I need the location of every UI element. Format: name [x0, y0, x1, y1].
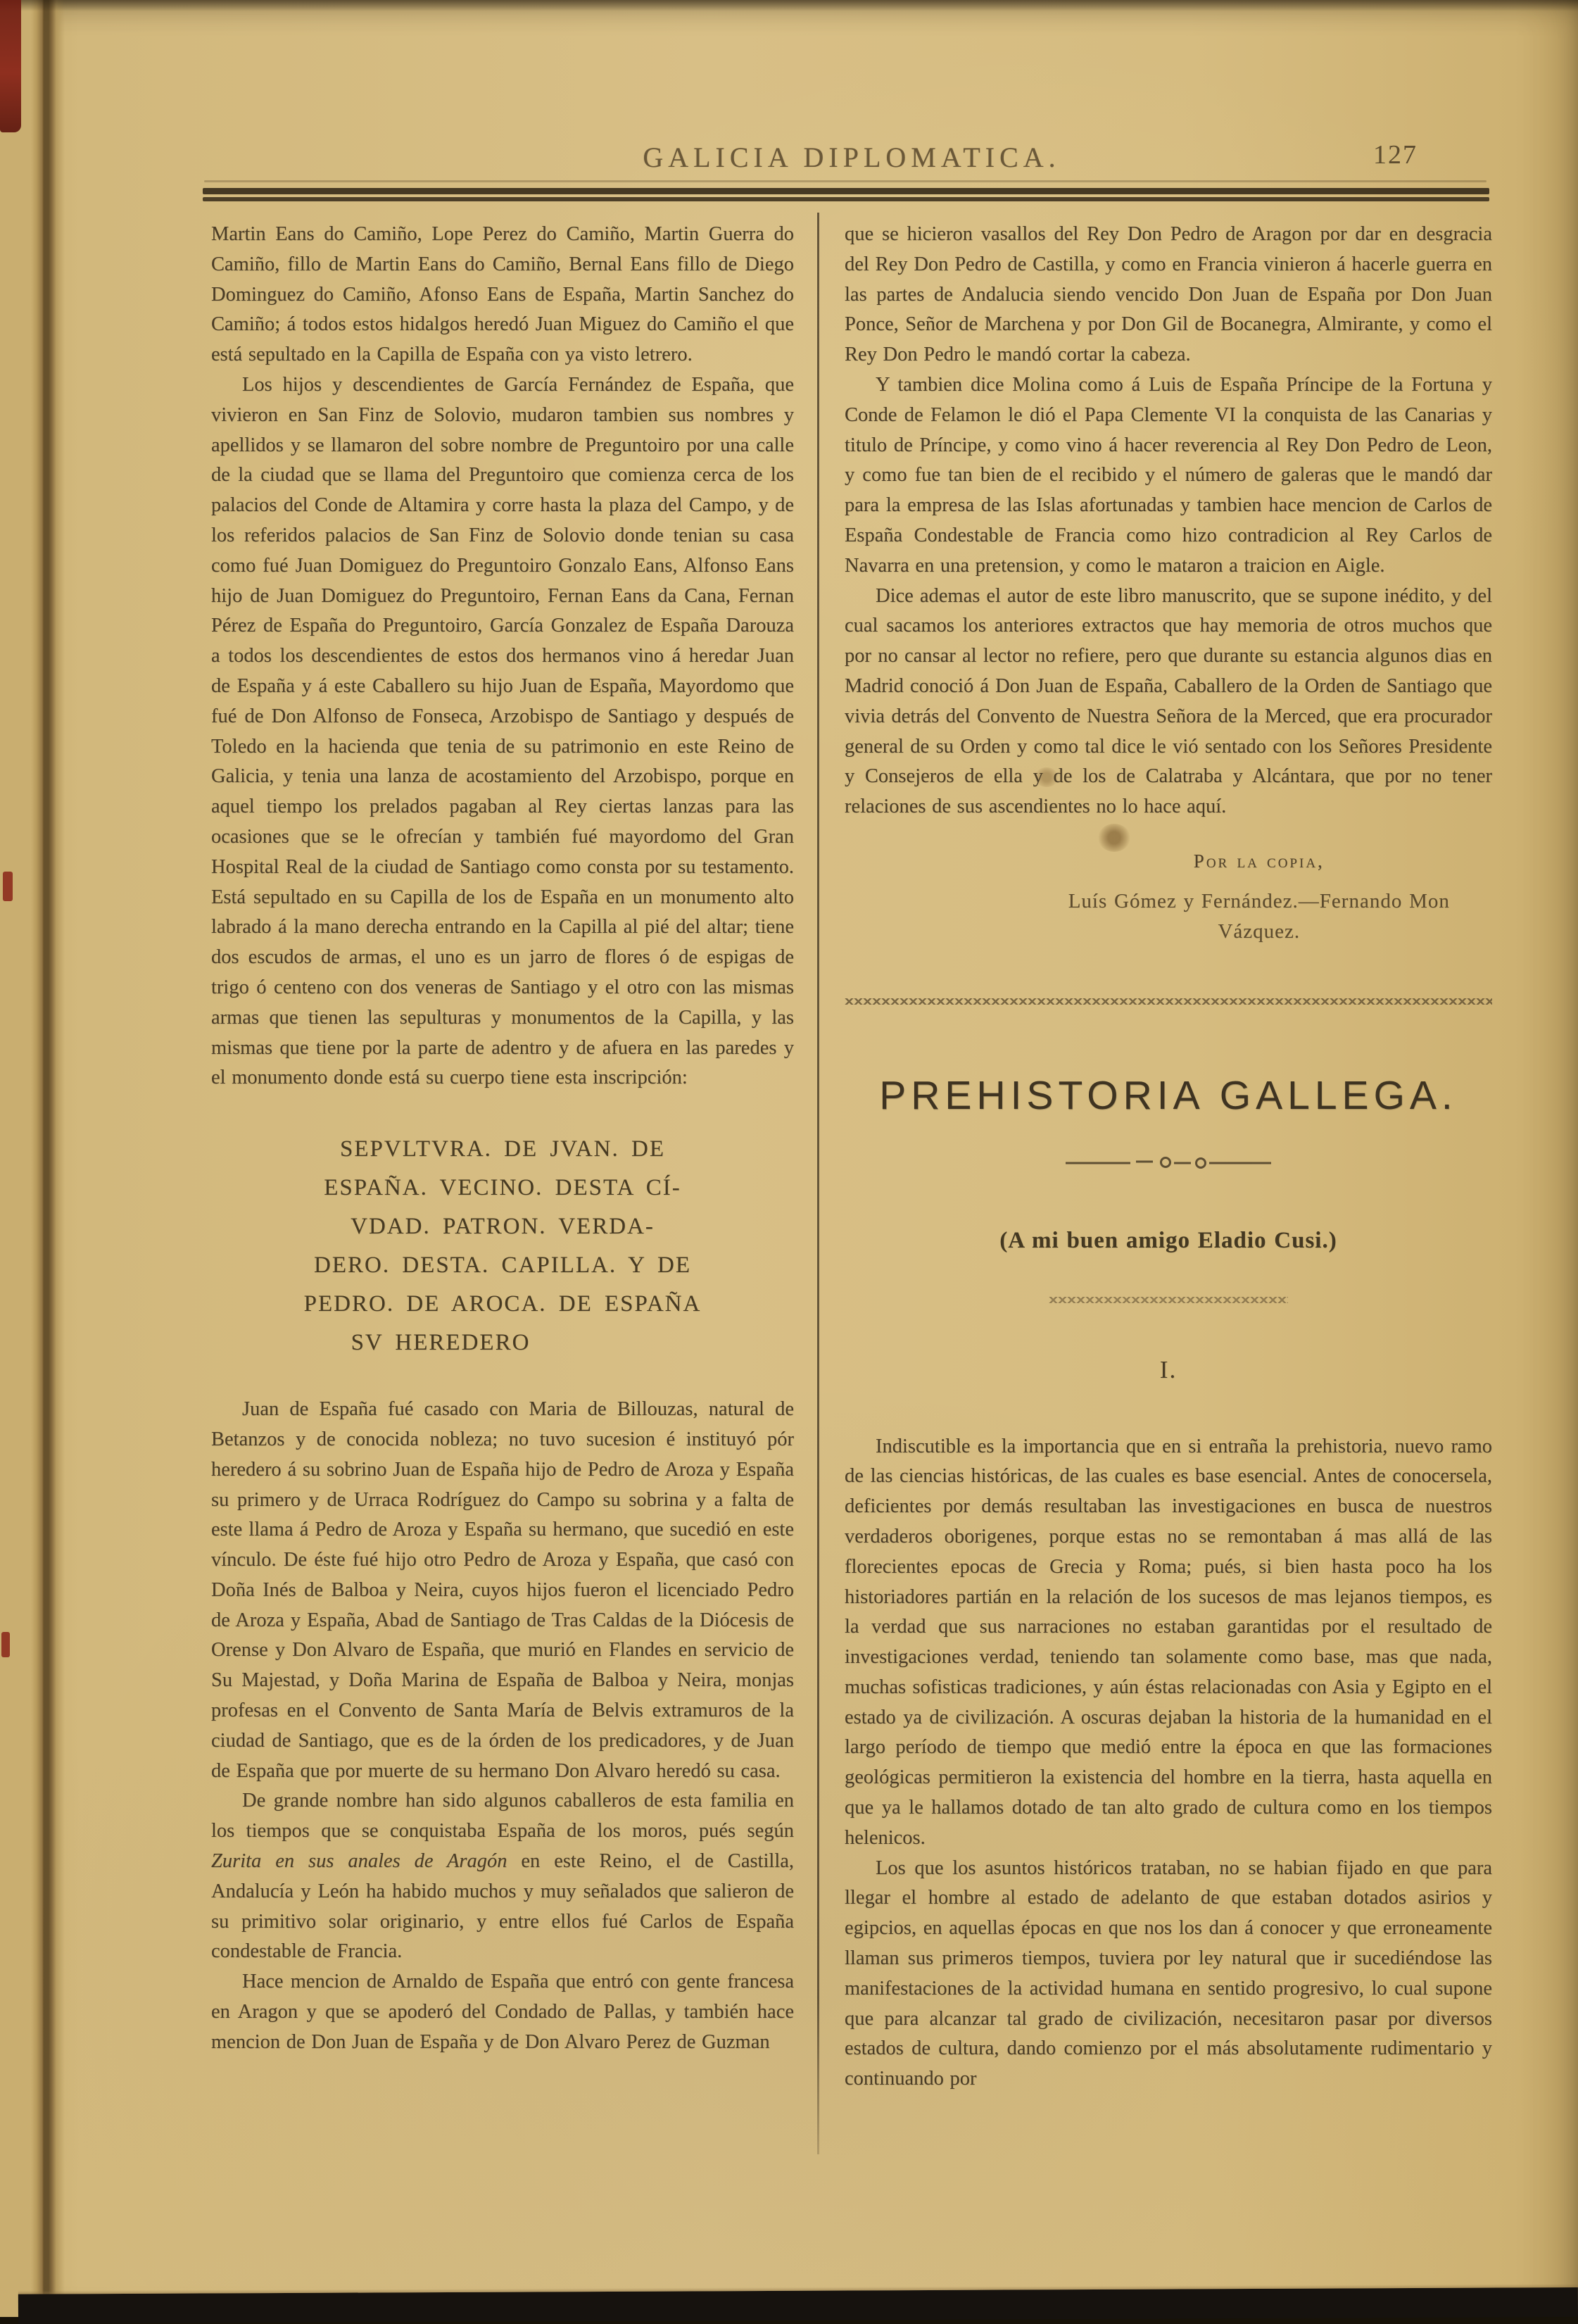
scan-bottom-black-band: [18, 2287, 1578, 2317]
paragraph-vasallos-aragon: que se hicieron vasallos del Rey Don Ped…: [845, 220, 1492, 370]
text-columns: Martin Eans do Camiño, Lope Perez do Cam…: [211, 220, 1492, 2094]
dash-circle-ornament-icon: [1063, 1155, 1274, 1169]
inscription-line: DERO. DESTA. CAPILLA. Y DE: [211, 1246, 794, 1285]
page-number: 127: [1373, 139, 1418, 170]
inscription-line: SEPVLTVRA. DE JVAN. DE: [211, 1130, 794, 1169]
wavy-separator-small: [1049, 1297, 1288, 1303]
column-divider-rule: [817, 213, 819, 2154]
inscription-line: PEDRO. DE AROCA. DE ESPAÑA: [211, 1285, 794, 1324]
previous-page-edge: [0, 0, 44, 2317]
wavy-separator-rule: [845, 998, 1492, 1005]
zurita-italic-citation: Zurita en sus anales de Aragón: [211, 1850, 507, 1872]
inscription-line: ESPAÑA. VECINO. DESTA CÍ-: [211, 1169, 794, 1207]
inscription-line: SV HEREDERO: [149, 1324, 732, 1362]
paragraph-preguntoiro-lineage: Los hijos y descendientes de García Fern…: [211, 370, 794, 1093]
top-edge-shadow: [0, 0, 1578, 11]
zurita-pre: De grande nombre han sido algunos caball…: [211, 1790, 794, 1842]
header-rule-faint: [204, 180, 1487, 182]
tomb-inscription: SEPVLTVRA. DE JVAN. DE ESPAÑA. VECINO. D…: [211, 1130, 794, 1362]
paragraph-molina-luis-espana: Y tambien dice Molina como á Luis de Esp…: [845, 370, 1492, 582]
section-numeral: I.: [845, 1355, 1492, 1386]
left-column: Martin Eans do Camiño, Lope Perez do Cam…: [211, 220, 794, 2094]
article-body: Indiscutible es la importancia que en si…: [845, 1432, 1492, 2095]
byline-block: Por la copia, Luís Gómez y Fernández.—Fe…: [845, 846, 1492, 946]
paragraph-autor-manuscrito: Dice ademas el autor de este libro manus…: [845, 582, 1492, 822]
inscription-line: VDAD. PATRON. VERDA-: [211, 1207, 794, 1246]
right-column: que se hicieron vasallos del Rey Don Ped…: [845, 220, 1492, 2094]
journal-title: GALICIA DIPLOMATICA.: [211, 141, 1492, 174]
article-dedication: (A mi buen amigo Eladio Cusi.): [845, 1226, 1492, 1256]
red-edge-mark: [3, 872, 13, 901]
paragraph-zurita-anales: De grande nombre han sido algunos caball…: [211, 1786, 794, 1967]
book-gutter-crease: [44, 0, 65, 2317]
header-double-rule: [203, 188, 1489, 203]
byline-signatures: Luís Gómez y Fernández.—Fernando Mon Váz…: [1026, 886, 1492, 947]
byline-label: Por la copia,: [1026, 846, 1492, 877]
ornament-divider: [845, 1149, 1492, 1179]
paragraph-prehistoria-importancia: Indiscutible es la importancia que en si…: [845, 1432, 1492, 1854]
paragraph-asuntos-historicos: Los que los asuntos históricos trataban,…: [845, 1854, 1492, 2094]
red-bookmark-ribbon: [0, 0, 21, 132]
paragraph-juan-de-espana-family: Juan de España fué casado con Maria de B…: [211, 1395, 794, 1786]
red-edge-mark: [1, 1632, 10, 1657]
paragraph-camino-hidalgos: Martin Eans do Camiño, Lope Perez do Cam…: [211, 220, 794, 370]
paragraph-arnaldo-de-espana: Hace mencion de Arnaldo de España que en…: [211, 1967, 794, 2057]
article-title: PREHISTORIA GALLEGA.: [845, 1081, 1492, 1111]
column-gap: [794, 220, 845, 2094]
scanned-page: GALICIA DIPLOMATICA. 127 Martin Eans do …: [0, 0, 1578, 2317]
